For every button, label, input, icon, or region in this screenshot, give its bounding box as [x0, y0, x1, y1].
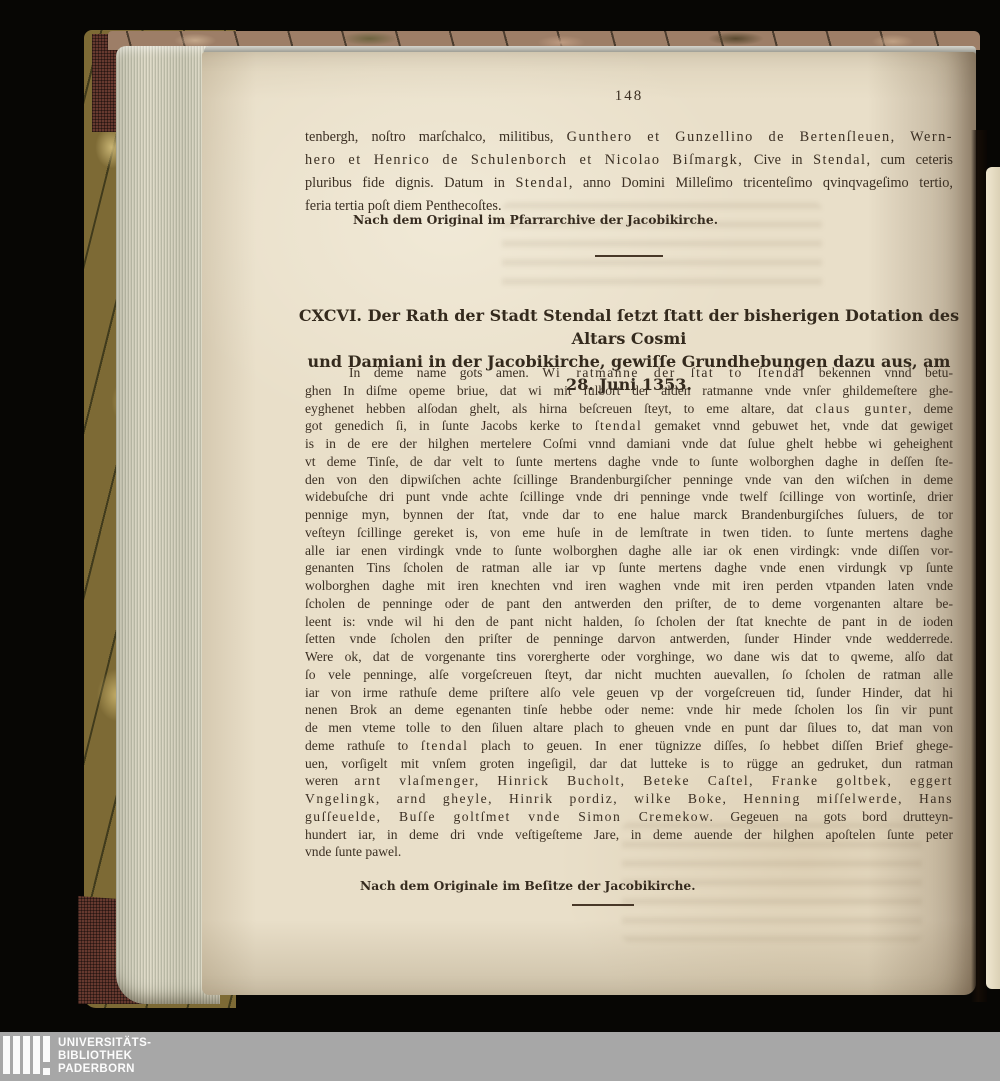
letterspaced-name: Gunthero et Gunzellino de Bertenſleuen, …: [567, 129, 953, 145]
text-line: deme rathuſe to ſtendal plach to geuen. …: [305, 737, 953, 755]
section-divider: [572, 904, 634, 906]
letterspaced-name: arnt vlaſmenger, Hinrick Bucholt, Beteke…: [354, 773, 953, 788]
letterspaced-name: guſſeuelde, Buſſe goltſmet vnde Simon Cr…: [305, 809, 714, 824]
library-watermark-bar: UNIVERSITÄTS-BIBLIOTHEKPADERBORN: [0, 1032, 1000, 1081]
text-line: pluribus fide dignis. Datum in Stendal, …: [305, 172, 953, 195]
book-scan-photo: 148 tenbergh, noſtro marſchalco, militib…: [0, 0, 1000, 1081]
library-logo-icon: [3, 1036, 10, 1074]
text-line: wolborghen daghe mit iren knechten vnd i…: [305, 577, 953, 595]
letterspaced-name: ſtendal: [595, 418, 643, 433]
book-gutter-shadow: [971, 130, 987, 1002]
source-note-2: Nach dem Originale im Beſitze der Jacobi…: [360, 878, 696, 893]
text-line: guſſeuelde, Buſſe goltſmet vnde Simon Cr…: [305, 808, 953, 826]
text-line: vnde ſunte pawel.: [305, 843, 953, 861]
text-line: pennige myn, bynnen der ſtat, vnde dar t…: [305, 506, 953, 524]
text-line: iar von irme rathuſe deme priſtere alſo …: [305, 684, 953, 702]
charter-body: In deme name gots amen. Wi ratmanne der …: [305, 364, 953, 861]
library-logo-icon: [43, 1068, 50, 1075]
section-divider: [595, 255, 663, 257]
text-line: eyghenet hebben alſodan ghelt, als hirna…: [305, 400, 953, 418]
text-line: widebuſche dri punt vnde achte ſcillinge…: [305, 488, 953, 506]
book-page: 148 tenbergh, noſtro marſchalco, militib…: [202, 52, 976, 995]
facing-page-edge: [986, 167, 1000, 989]
text-line: tenbergh, noſtro marſchalco, militibus, …: [305, 126, 953, 149]
text-line: hundert iar, in deme dri vnde veſtigeſte…: [305, 826, 953, 844]
text-line: den von den dipwiſchen achte ſcillinge B…: [305, 471, 953, 489]
letterspaced-name: Stendal: [813, 152, 866, 168]
text-line: hero et Henrico de Schulenborch et Nicol…: [305, 149, 953, 172]
text-line: In deme name gots amen. Wi ratmanne der …: [305, 364, 953, 382]
text-line: UNIVERSITÄTS-: [58, 1037, 151, 1050]
library-logo-icon: [33, 1036, 40, 1074]
library-logo-icon: [43, 1036, 50, 1062]
letterspaced-name: ſtendal: [421, 738, 469, 753]
text-line: de men vteme tolle to den ſiluen altare …: [305, 719, 953, 737]
text-line: CXCVI. Der Rath der Stadt Stendal ſetzt …: [295, 304, 963, 350]
text-line: ſcholen de penninge oder de pant den ant…: [305, 595, 953, 613]
letterspaced-name: Vngelingk, arnd gheyle, Hinrik pordiz, w…: [305, 791, 953, 806]
library-name: UNIVERSITÄTS-BIBLIOTHEKPADERBORN: [58, 1037, 151, 1076]
letterspaced-name: hero et Henrico de Schulenborch et Nicol…: [305, 152, 743, 168]
text-line: uen, vorſigelt mit vnſem groten ingeſigi…: [305, 755, 953, 773]
library-logo-icon: [13, 1036, 20, 1074]
text-line: BIBLIOTHEK: [58, 1050, 151, 1063]
text-line: vt deme Tinſe, de dar velt to ſunte mert…: [305, 453, 953, 471]
text-line: leent is: vnde wil hi den de pant nicht …: [305, 613, 953, 631]
text-line: ſo vele penninge, alſe vorgeſcreuen ſtey…: [305, 666, 953, 684]
text-line: alle iar enen virdingk vnde to ſunte wol…: [305, 542, 953, 560]
letterspaced-name: claus gunter: [815, 401, 908, 416]
text-line: veſteyn ſcillinge gereket is, von eme hu…: [305, 524, 953, 542]
library-logo-icon: [23, 1036, 30, 1074]
text-line: weren arnt vlaſmenger, Hinrick Bucholt, …: [305, 772, 953, 790]
text-line: genanten Tins ſcholen de ratman alle iar…: [305, 559, 953, 577]
source-note-1: Nach dem Original im Pfarrarchive der Ja…: [353, 212, 718, 227]
text-line: ghen In diſme opeme briue, dat wi mit fu…: [305, 382, 953, 400]
text-line: is in de ere der hilghen mertelere Coſmi…: [305, 435, 953, 453]
text-line: got genedich ſi, in ſunte Jacobs kerke t…: [305, 417, 953, 435]
text-line: ſetten vnde ſcholen den priſter de penni…: [305, 630, 953, 648]
text-line: Were ok, dat de vorgenante tins vorerghe…: [305, 648, 953, 666]
letterspaced-name: Wi ratmanne der ſtat to ſtendal: [542, 365, 805, 380]
latin-paragraph: tenbergh, noſtro marſchalco, militibus, …: [305, 126, 953, 218]
text-line: Vngelingk, arnd gheyle, Hinrik pordiz, w…: [305, 790, 953, 808]
text-line: PADERBORN: [58, 1063, 151, 1076]
letterspaced-name: Stendal: [515, 175, 568, 191]
page-number: 148: [305, 88, 953, 105]
text-line: nenen Brok an deme egenanten tinſe hebbe…: [305, 701, 953, 719]
